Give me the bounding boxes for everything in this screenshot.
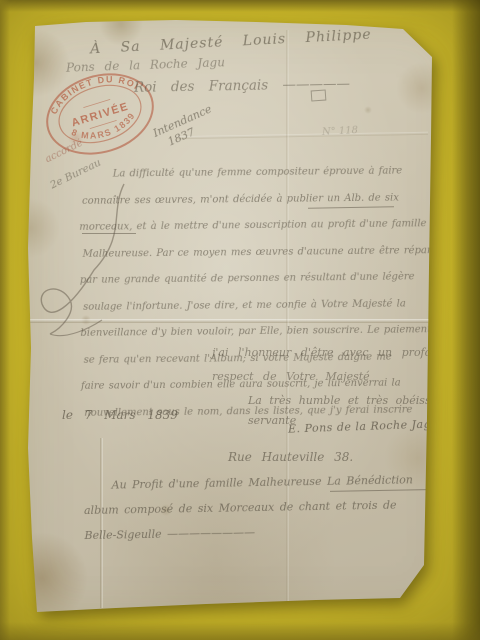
- body-line: morceaux, et à le mettre d'une souscript…: [79, 211, 429, 241]
- pencil-rectangle-mark: [311, 89, 327, 101]
- postscript-line: Belle-Sigeulle ————————: [84, 517, 434, 548]
- backdrop-shadow-bottom: [0, 622, 480, 640]
- body-line: bienveillance d'y bien vouloir, par Elle…: [80, 317, 430, 347]
- body-line: par une grande quantité de personnes en …: [80, 264, 430, 294]
- manuscript-paper-wrap: CABINET DU ROI 8 MARS 1839 ARRIVÉE À Sa …: [26, 18, 438, 618]
- body-line: La difficulté qu'une femme compositeur é…: [79, 158, 429, 188]
- pencil-number-note: N° 118: [322, 125, 359, 138]
- ink-underline: [82, 233, 136, 234]
- backdrop-shadow-left: [0, 0, 10, 640]
- manuscript-paper: CABINET DU ROI 8 MARS 1839 ARRIVÉE À Sa …: [26, 18, 438, 618]
- body-line: Malheureuse. Par ce moyen mes œuvres d'a…: [82, 238, 429, 268]
- backdrop-shadow-top: [0, 0, 480, 12]
- header-sender-overlap: Pons de la Roche Jagu: [66, 55, 225, 75]
- body-line: soulage l'infortune. J'ose dire, et me c…: [83, 291, 430, 321]
- closing-line: respect de Votre Majesté: [212, 370, 370, 383]
- letter-body: La difficulté qu'une femme compositeur é…: [79, 158, 432, 427]
- upper-fold-crease: [176, 132, 428, 139]
- closing-line: La très humble et très obéissante: [248, 394, 455, 407]
- diagonal-annotation: Intendance 1837: [151, 102, 220, 153]
- address-line: Rue Hauteville 38.: [228, 450, 353, 464]
- photo-backdrop: CABINET DU ROI 8 MARS 1839 ARRIVÉE À Sa …: [0, 0, 480, 640]
- postscript-note: Au Profit d'une famille Malheureuse La B…: [83, 467, 434, 548]
- backdrop-shadow-right: [452, 0, 480, 640]
- header-addressee: À Sa Majesté Louis Philippe: [90, 27, 372, 58]
- closing-line: j'ai l'honneur d'être avec un profond: [212, 346, 445, 359]
- body-line: connaître ses œuvres, m'ont décidée à pu…: [82, 185, 429, 215]
- date-line: le 7 Mars 1839: [62, 408, 178, 422]
